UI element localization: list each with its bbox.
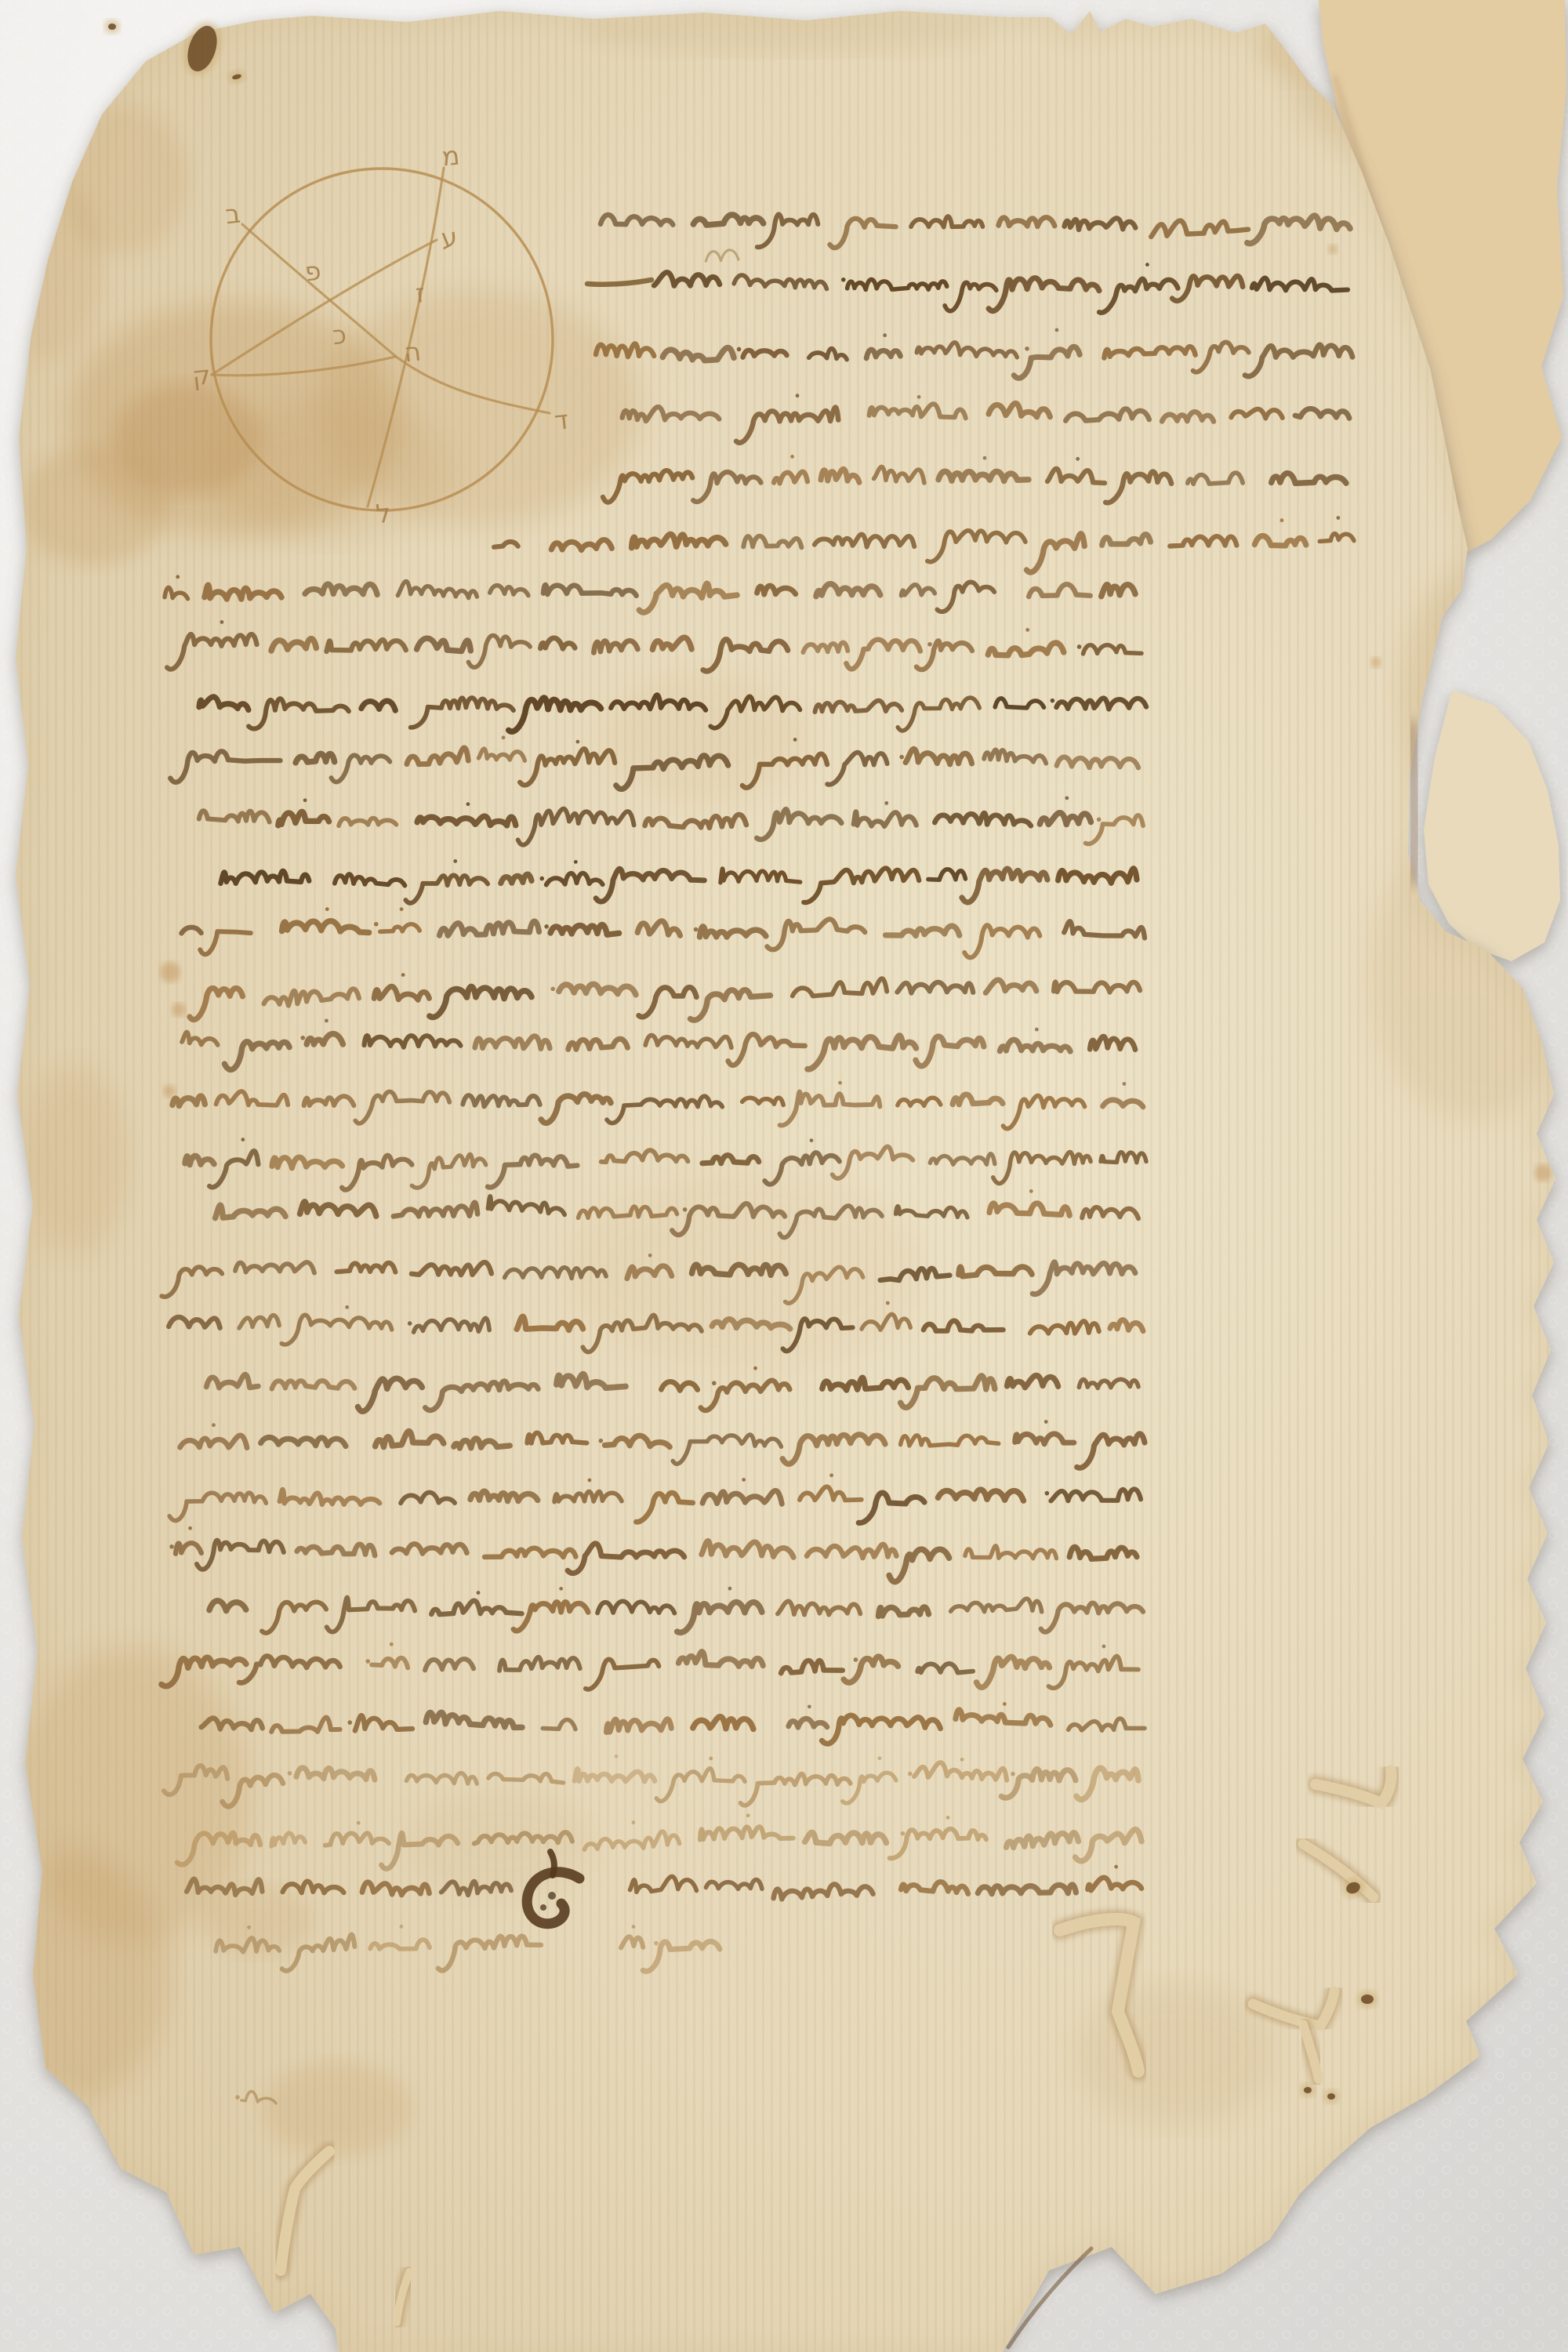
separator-dot [544, 924, 549, 929]
separator-dot [694, 927, 699, 932]
manuscript-photo: Single manuscript leaf, handwritten Jude… [0, 0, 1568, 2352]
diacritic-dot [1076, 457, 1080, 461]
separator-dot [169, 1544, 174, 1549]
diacritic-dot [838, 1081, 842, 1085]
diacritic-dot [1114, 1865, 1118, 1869]
diacritic-dot [790, 455, 794, 459]
worm-hole [1327, 2093, 1335, 2100]
diacritic-dot [796, 394, 800, 397]
separator-dot [712, 1381, 717, 1385]
diacritic-dot [632, 1925, 636, 1929]
diacritic-dot [575, 740, 579, 744]
diacritic-dot [946, 1816, 950, 1820]
diacritic-dot [1280, 518, 1284, 522]
diacritic-dot [176, 575, 180, 579]
diacritic-dot [325, 907, 329, 911]
diacritic-dot [399, 1925, 403, 1929]
separator-dot [899, 755, 904, 760]
separator-dot [854, 1657, 858, 1662]
worm-hole [108, 24, 116, 30]
diacritic-dot [1035, 1028, 1039, 1032]
diacritic-dot [1054, 328, 1058, 332]
manuscript-scene: מבפעזכהקדל [0, 0, 1568, 2352]
separator-dot [654, 1941, 659, 1946]
separator-dot [927, 642, 932, 647]
diagram-point-label: ה [402, 336, 423, 368]
diacritic-dot [1003, 1702, 1007, 1706]
separator-dot [235, 2095, 240, 2100]
diacritic-dot [728, 1587, 731, 1591]
diacritic-dot [1336, 516, 1340, 520]
diacritic-dot [917, 395, 921, 399]
diacritic-dot [793, 738, 797, 742]
diagram-point-label: ב [223, 198, 241, 230]
diacritic-dot [960, 1758, 964, 1762]
separator-dot [1077, 644, 1082, 649]
diacritic-dot [588, 1479, 592, 1483]
diacritic-dot [983, 456, 987, 460]
diacritic-dot [477, 1591, 481, 1595]
diacritic-dot [884, 801, 888, 805]
separator-dot [683, 1207, 688, 1212]
diacritic-dot [241, 1138, 245, 1142]
diacritic-dot [648, 1254, 652, 1258]
diacritic-dot [1145, 263, 1149, 267]
tear-gap-shadow-streak [1411, 726, 1417, 880]
separator-dot [1011, 1772, 1015, 1777]
diacritic-dot [808, 1704, 811, 1708]
diacritic-dot [753, 1367, 757, 1370]
diacritic-dot [357, 1821, 361, 1825]
diacritic-dot [746, 1813, 750, 1817]
diacritic-dot [401, 973, 405, 977]
separator-dot [737, 347, 742, 352]
worm-hole [1304, 2087, 1312, 2093]
diacritic-dot [1065, 796, 1069, 800]
flourish-ink-blot [548, 1892, 556, 1900]
diacritic-dot [1029, 1189, 1033, 1193]
diagram-point-label: פ [303, 256, 323, 288]
separator-dot [288, 1771, 292, 1776]
separator-dot [539, 877, 544, 881]
diacritic-dot [615, 1755, 619, 1759]
separator-dot [1045, 1491, 1050, 1496]
separator-dot [841, 278, 846, 282]
diacritic-dot [212, 1423, 216, 1427]
separator-dot [1097, 817, 1102, 822]
diagram-point-label: מ [441, 140, 461, 172]
separator-dot [599, 1439, 604, 1443]
diacritic-dot [631, 1820, 635, 1824]
diacritic-dot [390, 1642, 394, 1646]
separator-dot [908, 1772, 913, 1777]
diacritic-dot [220, 620, 224, 624]
flourish-ink-blot [540, 1904, 546, 1911]
diacritic-dot [247, 1926, 251, 1929]
separator-dot [1051, 699, 1055, 703]
diacritic-dot [303, 798, 307, 802]
diacritic-dot [883, 333, 887, 337]
diacritic-dot [559, 1587, 563, 1591]
diacritic-dot [1102, 1645, 1106, 1649]
diacritic-dot [574, 860, 578, 864]
diagram-point-label: ע [440, 222, 459, 254]
diacritic-dot [742, 1478, 746, 1482]
worm-hole [1361, 1994, 1374, 2004]
diacritic-dot [886, 1301, 890, 1305]
diacritic-dot [400, 907, 404, 911]
diacritic-dot [345, 1305, 349, 1309]
separator-dot [300, 1036, 305, 1040]
separator-dot [374, 922, 379, 927]
diacritic-dot [1025, 628, 1029, 632]
separator-dot [347, 1720, 352, 1725]
diacritic-dot [709, 1756, 713, 1760]
diacritic-dot [1123, 1082, 1127, 1086]
diacritic-dot [325, 1019, 328, 1023]
diacritic-dot [1044, 1420, 1048, 1424]
diacritic-dot [877, 1756, 881, 1760]
diacritic-dot [466, 802, 470, 806]
diacritic-dot [188, 1526, 192, 1530]
diacritic-dot [453, 859, 457, 863]
separator-dot [901, 1831, 906, 1836]
diacritic-dot [810, 1138, 814, 1142]
diagram-point-label: ק [191, 359, 212, 391]
separator-dot [1025, 347, 1029, 351]
separator-dot [408, 1321, 412, 1326]
separator-dot [365, 1659, 370, 1664]
diacritic-dot [502, 735, 506, 739]
separator-dot [550, 987, 555, 992]
diacritic-dot [829, 1473, 833, 1477]
